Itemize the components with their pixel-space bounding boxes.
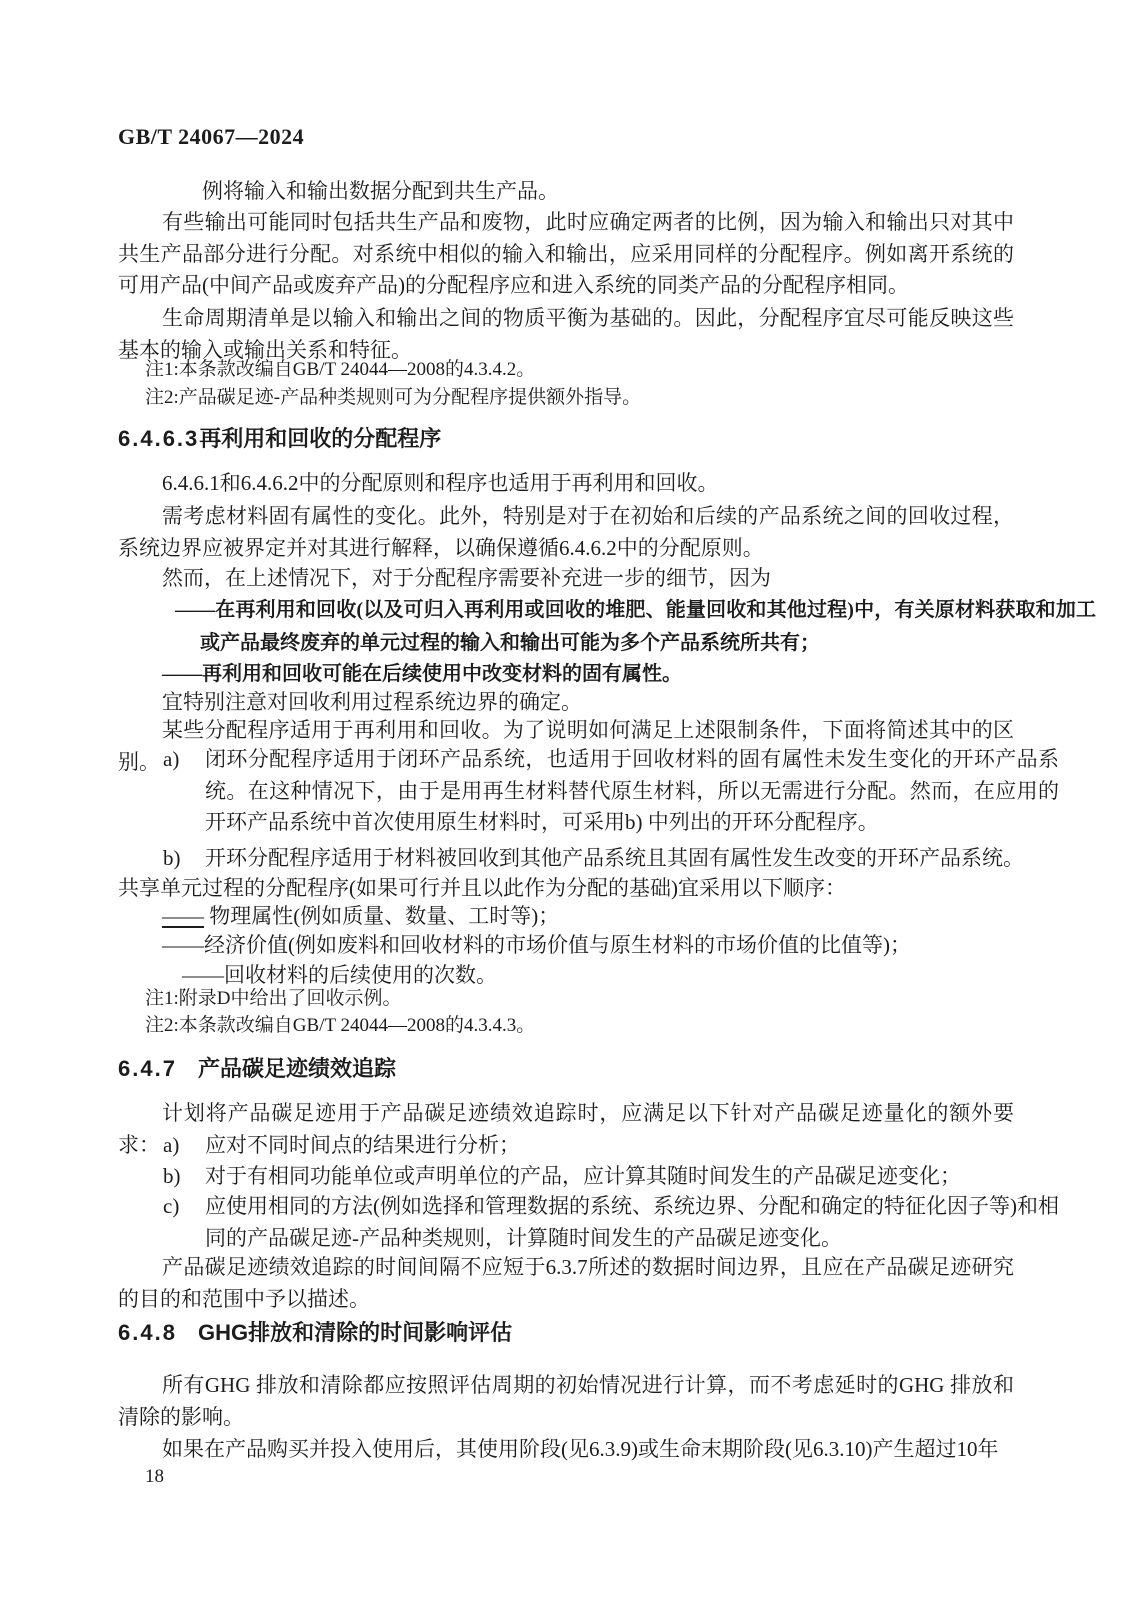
- list-item-a-analysis: a) 应对不同时间点的结果进行分析；: [118, 1130, 1059, 1162]
- list-item-a-closed-loop: a) 闭环分配程序适用于闭环产品系统，也适用于回收材料的固有属性未发生变化的开环…: [118, 744, 1059, 839]
- para-however: 然而，在上述情况下，对于分配程序需要补充进一步的细节，因为: [118, 563, 1014, 595]
- order-item-economic-text: 经济价值(例如废料和回收材料的市场价值与原生材料的市场价值的比值等)；: [204, 933, 911, 957]
- doc-code-header: GB/T 24067—2024: [118, 124, 1014, 150]
- list-item-a-text: 应对不同时间点的结果进行分析；: [205, 1130, 1059, 1162]
- list-item-b-same-unit: b) 对于有相同功能单位或声明单位的产品，应计算其随时间发生的产品碳足迹变化；: [118, 1161, 1059, 1193]
- order-item-reuse-times-text: 回收材料的后续使用的次数。: [224, 963, 497, 987]
- bullet-shared-unit-processes: ——在再利用和回收(以及可归入再利用或回收的堆肥、能量回收和其他过程)中，有关原…: [118, 594, 1096, 660]
- para-apply-reuse: 6.4.6.1和6.4.6.2中的分配原则和程序也适用于再利用和回收。: [118, 468, 1014, 500]
- list-marker-a: a): [163, 1130, 205, 1162]
- para-attention-boundary: 宜特别注意对回收利用过程系统边界的确定。: [118, 687, 1014, 719]
- list-item-a-text: 闭环分配程序适用于闭环产品系统，也适用于回收材料的固有属性未发生变化的开环产品系…: [205, 744, 1059, 839]
- note-1-annex-d: 注1:附录D中给出了回收示例。: [145, 986, 1005, 1012]
- para-tracking-interval: 产品碳足迹绩效追踪的时间间隔不应短于6.3.7所述的数据时间边界，且应在产品碳足…: [118, 1252, 1014, 1315]
- list-item-b-text: 开环分配程序适用于材料被回收到其他产品系统且其固有属性发生改变的开环产品系统。: [205, 843, 1059, 875]
- order-item-physical-text: 物理属性(例如质量、数量、工时等)；: [204, 904, 559, 928]
- section-heading-6-4-6-3: 6.4.6.3 再利用和回收的分配程序: [118, 426, 1014, 452]
- para-all-ghg: 所有GHG 排放和清除都应按照评估周期的初始情况进行计算，而不考虑延时的GHG …: [118, 1370, 1014, 1433]
- document-page: GB/T 24067—2024 例将输入和输出数据分配到共生产品。 有些输出可能…: [0, 0, 1131, 1600]
- bullet-change-properties: ——再利用和回收可能在后续使用中改变材料的固有属性。: [118, 659, 1058, 690]
- para-example-tail: 例将输入和输出数据分配到共生产品。: [118, 176, 1014, 208]
- page-number: 18: [145, 1466, 164, 1488]
- section-heading-6-4-7: 6.4.7 产品碳足迹绩效追踪: [118, 1056, 1014, 1082]
- list-item-b-open-loop: b) 开环分配程序适用于材料被回收到其他产品系统且其固有属性发生改变的开环产品系…: [118, 843, 1059, 875]
- note-2-pcr-guidance: 注2:产品碳足迹-产品种类规则可为分配程序提供额外指导。: [145, 385, 1005, 411]
- section-title: 产品碳足迹绩效追踪: [198, 1056, 396, 1082]
- order-item-economic: ——经济价值(例如废料和回收材料的市场价值与原生材料的市场价值的比值等)；: [118, 930, 1058, 961]
- para-use-stage: 如果在产品购买并投入使用后，其使用阶段(见6.3.9)或生命末期阶段(见6.3.…: [118, 1434, 1014, 1466]
- list-marker-c: c): [163, 1191, 205, 1254]
- note-1-adapted-4342: 注1:本条款改编自GB/T 24044—2008的4.3.4.2。: [145, 357, 1005, 383]
- section-title: 再利用和回收的分配程序: [199, 426, 441, 452]
- para-coproducts: 有些输出可能同时包括共生产品和废物，此时应确定两者的比例，因为输入和输出只对其中…: [118, 207, 1014, 302]
- em-dash: ——: [162, 933, 204, 957]
- section-heading-6-4-8: 6.4.8 GHG排放和清除的时间影响评估: [118, 1320, 1014, 1346]
- section-number: 6.4.7: [118, 1056, 198, 1082]
- list-marker-b: b): [163, 843, 205, 875]
- note-2-adapted-4343: 注2:本条款改编自GB/T 24044—2008的4.3.4.3。: [145, 1013, 1005, 1039]
- em-dash: ——: [182, 963, 224, 987]
- order-item-physical: —— 物理属性(例如质量、数量、工时等)；: [118, 901, 1058, 932]
- list-marker-a: a): [163, 744, 205, 839]
- list-item-b-text: 对于有相同功能单位或声明单位的产品，应计算其随时间发生的产品碳足迹变化；: [205, 1161, 1059, 1193]
- list-item-c-same-method: c) 应使用相同的方法(例如选择和管理数据的系统、系统边界、分配和确定的特征化因…: [118, 1191, 1059, 1254]
- section-title: GHG排放和清除的时间影响评估: [198, 1320, 512, 1346]
- em-dash: ——: [162, 904, 204, 928]
- list-item-c-text: 应使用相同的方法(例如选择和管理数据的系统、系统边界、分配和确定的特征化因子等)…: [205, 1191, 1059, 1254]
- section-number: 6.4.6.3: [118, 426, 199, 452]
- list-marker-b: b): [163, 1161, 205, 1193]
- para-inherent-properties: 需考虑材料固有属性的变化。此外，特别是对于在初始和后续的产品系统之间的回收过程，…: [118, 501, 1014, 564]
- para-order-intro: 共享单元过程的分配程序(如果可行并且以此作为分配的基础)宜采用以下顺序：: [118, 873, 1014, 905]
- section-number: 6.4.8: [118, 1320, 198, 1346]
